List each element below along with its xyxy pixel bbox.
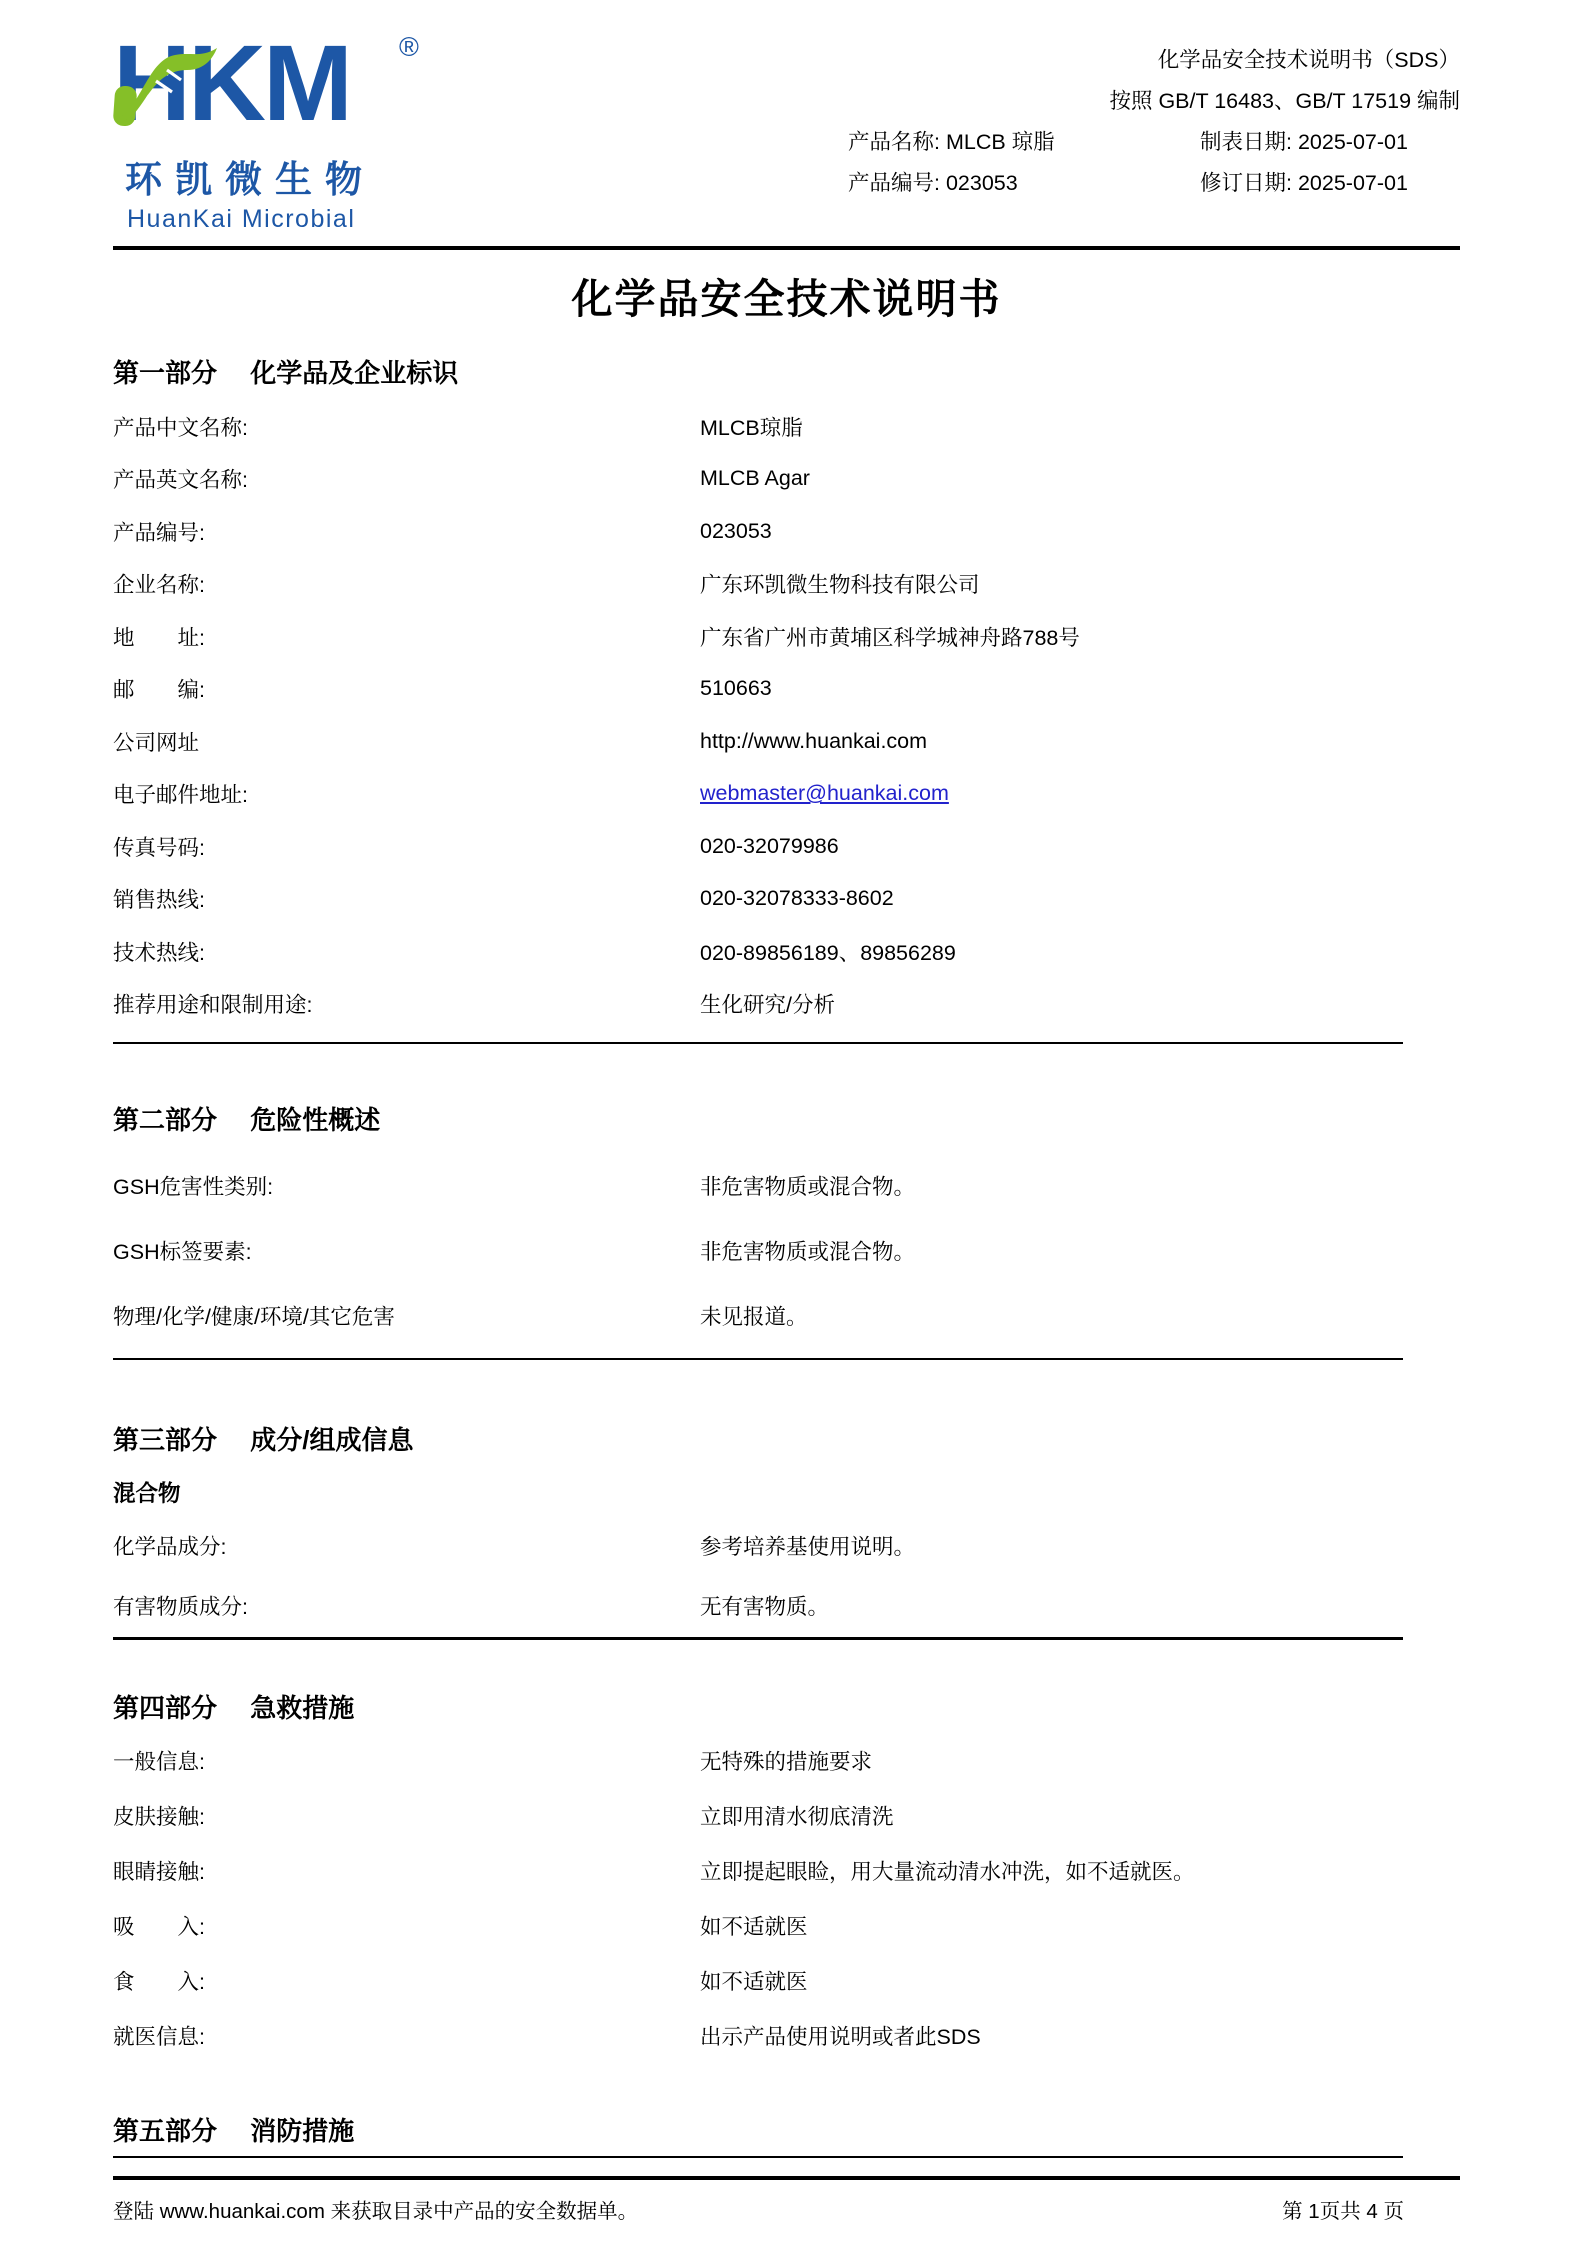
email-link[interactable]: webmaster@huankai.com bbox=[700, 781, 1460, 806]
field-row-sales-hotline: 销售热线: 020-32078333-8602 bbox=[113, 873, 1460, 926]
field-value: 未见报道。 bbox=[700, 1300, 1460, 1331]
field-label: 物理/化学/健康/环境/其它危害 bbox=[113, 1300, 700, 1331]
field-label: 食 入: bbox=[113, 1965, 700, 1996]
field-label: 传真号码: bbox=[113, 831, 700, 862]
field-label: 产品编号: bbox=[113, 516, 700, 547]
field-value: 如不适就医 bbox=[700, 1965, 1460, 1996]
field-row-medical-info: 就医信息: 出示产品使用说明或者此SDS bbox=[113, 2008, 1460, 2063]
field-label: 企业名称: bbox=[113, 568, 700, 599]
field-row-skin-contact: 皮肤接触: 立即用清水彻底清洗 bbox=[113, 1788, 1460, 1843]
field-value: 广东省广州市黄埔区科学城神舟路788号 bbox=[700, 621, 1460, 652]
field-row-company-name: 企业名称: 广东环凯微生物科技有限公司 bbox=[113, 558, 1460, 611]
field-label: 产品中文名称: bbox=[113, 411, 700, 442]
field-value: 510663 bbox=[700, 676, 1460, 701]
product-name-cell: 产品名称: MLCB 琼脂 bbox=[848, 122, 1200, 163]
product-code-value: 023053 bbox=[946, 171, 1018, 195]
field-label: 吸 入: bbox=[113, 1910, 700, 1941]
section-4: 第四部分 急救措施 一般信息: 无特殊的措施要求 皮肤接触: 立即用清水彻底清洗… bbox=[113, 1688, 1460, 2063]
page-footer: 登陆 www.huankai.com 来获取目录中产品的安全数据单。 第 1页共… bbox=[113, 2194, 1460, 2224]
field-row-tech-hotline: 技术热线: 020-89856189、89856289 bbox=[113, 925, 1460, 978]
field-value: 020-89856189、89856289 bbox=[700, 936, 1460, 967]
field-value: MLCB琼脂 bbox=[700, 411, 1460, 442]
website-value: http://www.huankai.com bbox=[700, 729, 1460, 754]
field-value: 023053 bbox=[700, 519, 1460, 544]
field-value: 如不适就医 bbox=[700, 1910, 1460, 1941]
hkm-logo-icon: HKM ® bbox=[113, 30, 443, 142]
registered-mark: ® bbox=[399, 32, 419, 62]
header-divider bbox=[113, 246, 1460, 250]
field-label: 公司网址 bbox=[113, 726, 700, 757]
product-code-cell: 产品编号: 023053 bbox=[848, 163, 1200, 204]
section-3-subheading: 混合物 bbox=[113, 1473, 1460, 1515]
company-logo: HKM ® 环凯微生物 HuanKai Microbial bbox=[113, 26, 533, 234]
footer-note: 登陆 www.huankai.com 来获取目录中产品的安全数据单。 bbox=[113, 2194, 638, 2224]
field-row-address: 地 址: 广东省广州市黄埔区科学城神舟路788号 bbox=[113, 610, 1460, 663]
standard-line: 按照 GB/T 16483、GB/T 17519 编制 bbox=[848, 81, 1460, 122]
field-value: 生化研究/分析 bbox=[700, 988, 1460, 1019]
field-label: GSH标签要素: bbox=[113, 1235, 700, 1266]
section-5-heading: 第五部分 消防措施 bbox=[113, 2111, 1460, 2148]
issue-date-label: 制表日期: bbox=[1200, 130, 1292, 154]
field-value: 无有害物质。 bbox=[700, 1590, 1460, 1621]
section-4-rows: 一般信息: 无特殊的措施要求 皮肤接触: 立即用清水彻底清洗 眼睛接触: 立即提… bbox=[113, 1733, 1460, 2063]
field-label: 有害物质成分: bbox=[113, 1590, 700, 1621]
field-row-other-hazards: 物理/化学/健康/环境/其它危害 未见报道。 bbox=[113, 1283, 1460, 1348]
field-value: 广东环凯微生物科技有限公司 bbox=[700, 568, 1460, 599]
page-number: 第 1页共 4 页 bbox=[1282, 2194, 1404, 2224]
section-1: 第一部分 化学品及企业标识 产品中文名称: MLCB琼脂 产品英文名称: MLC… bbox=[113, 353, 1460, 1044]
field-row-general-info: 一般信息: 无特殊的措施要求 bbox=[113, 1733, 1460, 1788]
field-label: 电子邮件地址: bbox=[113, 778, 700, 809]
issue-date-value: 2025-07-01 bbox=[1298, 130, 1408, 154]
field-row-hazardous-components: 有害物质成分: 无有害物质。 bbox=[113, 1575, 1460, 1635]
field-row-chemical-composition: 化学品成分: 参考培养基使用说明。 bbox=[113, 1515, 1460, 1575]
field-row-product-cn-name: 产品中文名称: MLCB琼脂 bbox=[113, 400, 1460, 453]
field-value: 无特殊的措施要求 bbox=[700, 1745, 1460, 1776]
field-label: 销售热线: bbox=[113, 883, 700, 914]
header-meta-grid: 产品名称: MLCB 琼脂 制表日期: 2025-07-01 产品编号: 023… bbox=[848, 122, 1460, 204]
section-divider bbox=[113, 1042, 1403, 1044]
footer-divider bbox=[113, 2176, 1460, 2180]
section-divider bbox=[113, 2156, 1403, 2158]
section-2-rows: GSH危害性类别: 非危害物质或混合物。 GSH标签要素: 非危害物质或混合物。… bbox=[113, 1153, 1460, 1348]
field-label: 产品英文名称: bbox=[113, 463, 700, 494]
field-row-inhalation: 吸 入: 如不适就医 bbox=[113, 1898, 1460, 1953]
field-label: 一般信息: bbox=[113, 1745, 700, 1776]
field-row-website: 公司网址 http://www.huankai.com bbox=[113, 715, 1460, 768]
field-value: 出示产品使用说明或者此SDS bbox=[700, 2020, 1460, 2051]
field-row-fax: 传真号码: 020-32079986 bbox=[113, 820, 1460, 873]
field-label: 就医信息: bbox=[113, 2020, 700, 2051]
section-5: 第五部分 消防措施 bbox=[113, 2111, 1460, 2158]
field-label: 邮 编: bbox=[113, 673, 700, 704]
product-name-label: 产品名称: bbox=[848, 130, 940, 154]
field-value: 020-32079986 bbox=[700, 834, 1460, 859]
issue-date-cell: 制表日期: 2025-07-01 bbox=[1200, 122, 1460, 163]
logo-chinese-name: 环凯微生物 bbox=[125, 149, 533, 203]
section-3: 第三部分 成分/组成信息 混合物 化学品成分: 参考培养基使用说明。 有害物质成… bbox=[113, 1420, 1460, 1640]
field-label: 化学品成分: bbox=[113, 1530, 700, 1561]
field-row-gsh-hazard-class: GSH危害性类别: 非危害物质或混合物。 bbox=[113, 1153, 1460, 1218]
sds-document-page: HKM ® 环凯微生物 HuanKai Microbial 化学品安全技术说明书… bbox=[0, 0, 1587, 2245]
field-value: 非危害物质或混合物。 bbox=[700, 1170, 1460, 1201]
section-4-heading: 第四部分 急救措施 bbox=[113, 1688, 1460, 1725]
field-row-gsh-label-elements: GSH标签要素: 非危害物质或混合物。 bbox=[113, 1218, 1460, 1283]
header-info-block: 化学品安全技术说明书（SDS） 按照 GB/T 16483、GB/T 17519… bbox=[848, 40, 1460, 204]
page-title: 化学品安全技术说明书 bbox=[113, 266, 1460, 325]
field-row-postcode: 邮 编: 510663 bbox=[113, 663, 1460, 716]
field-label: GSH危害性类别: bbox=[113, 1170, 700, 1201]
field-value: 参考培养基使用说明。 bbox=[700, 1530, 1460, 1561]
section-1-heading: 第一部分 化学品及企业标识 bbox=[113, 353, 1460, 390]
field-value: 非危害物质或混合物。 bbox=[700, 1235, 1460, 1266]
field-value: MLCB Agar bbox=[700, 466, 1460, 491]
revision-date-value: 2025-07-01 bbox=[1298, 171, 1408, 195]
field-row-email: 电子邮件地址: webmaster@huankai.com bbox=[113, 768, 1460, 821]
section-2: 第二部分 危险性概述 GSH危害性类别: 非危害物质或混合物。 GSH标签要素:… bbox=[113, 1100, 1460, 1360]
product-code-label: 产品编号: bbox=[848, 171, 940, 195]
revision-date-cell: 修订日期: 2025-07-01 bbox=[1200, 163, 1460, 204]
section-3-heading: 第三部分 成分/组成信息 bbox=[113, 1420, 1460, 1457]
product-name-value: MLCB 琼脂 bbox=[946, 130, 1055, 154]
section-divider bbox=[113, 1358, 1403, 1360]
section-2-heading: 第二部分 危险性概述 bbox=[113, 1100, 1460, 1137]
field-label: 推荐用途和限制用途: bbox=[113, 988, 700, 1019]
field-label: 地 址: bbox=[113, 621, 700, 652]
revision-date-label: 修订日期: bbox=[1200, 171, 1292, 195]
field-row-product-en-name: 产品英文名称: MLCB Agar bbox=[113, 453, 1460, 506]
field-row-product-code: 产品编号: 023053 bbox=[113, 505, 1460, 558]
field-label: 技术热线: bbox=[113, 936, 700, 967]
document-header: HKM ® 环凯微生物 HuanKai Microbial 化学品安全技术说明书… bbox=[113, 26, 1460, 234]
section-3-rows: 化学品成分: 参考培养基使用说明。 有害物质成分: 无有害物质。 bbox=[113, 1515, 1460, 1635]
field-row-eye-contact: 眼睛接触: 立即提起眼睑，用大量流动清水冲洗，如不适就医。 bbox=[113, 1843, 1460, 1898]
field-value: 020-32078333-8602 bbox=[700, 886, 1460, 911]
section-1-rows: 产品中文名称: MLCB琼脂 产品英文名称: MLCB Agar 产品编号: 0… bbox=[113, 400, 1460, 1030]
doc-type-line: 化学品安全技术说明书（SDS） bbox=[848, 40, 1460, 81]
field-label: 皮肤接触: bbox=[113, 1800, 700, 1831]
field-label: 眼睛接触: bbox=[113, 1855, 700, 1886]
field-row-recommended-use: 推荐用途和限制用途: 生化研究/分析 bbox=[113, 978, 1460, 1031]
field-value: 立即提起眼睑，用大量流动清水冲洗，如不适就医。 bbox=[700, 1855, 1460, 1886]
section-divider bbox=[113, 1637, 1403, 1640]
field-row-ingestion: 食 入: 如不适就医 bbox=[113, 1953, 1460, 2008]
field-value: 立即用清水彻底清洗 bbox=[700, 1800, 1460, 1831]
logo-english-name: HuanKai Microbial bbox=[127, 205, 533, 234]
